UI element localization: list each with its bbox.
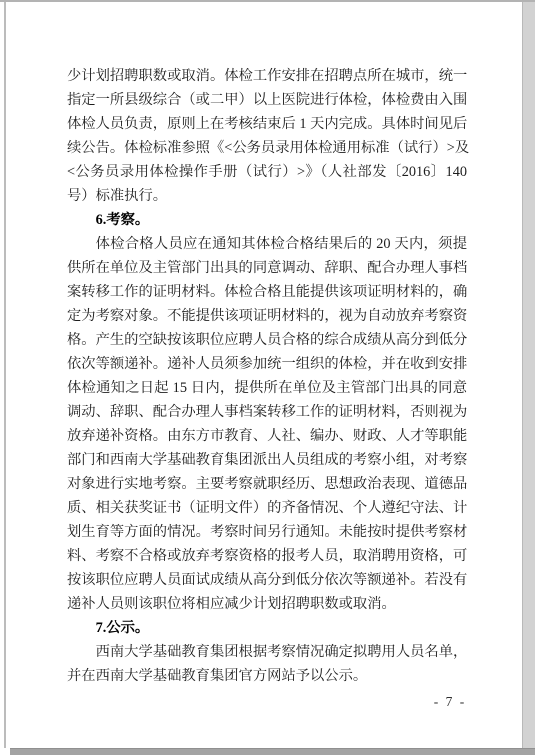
text-line: 续公告。体检标准参照《<公务员录用体检通用标准（试行）>及 <box>67 136 467 160</box>
text-line: 供所在单位及主管部门出具的同意调动、辞职、配合办理人事档 <box>67 256 467 280</box>
text-line: 并在西南大学基础教育集团官方网站予以公示。 <box>67 664 467 688</box>
text-line: 料、考察不合格或放弃考察资格的报考人员，取消聘用资格，可 <box>67 544 467 568</box>
text-line: 部门和西南大学基础教育集团派出人员组成的考察小组，对考察 <box>67 448 467 472</box>
scan-edge-right <box>522 0 535 755</box>
scan-edge-left <box>4 2 6 748</box>
text-line: 体检人员负责，原则上在考核结束后 1 天内完成。具体时间见后 <box>67 112 467 136</box>
text-line: 依次等额递补。递补人员须参加统一组织的体检，并在收到安排 <box>67 352 467 376</box>
scan-edge-bottom <box>10 748 535 755</box>
text-line: 案转移工作的证明材料。体检合格且能提供该项证明材料的，确 <box>67 280 467 304</box>
text-line: 格。产生的空缺按该职位应聘人员合格的综合成绩从高分到低分 <box>67 328 467 352</box>
text-line: 质、相关获奖证书（证明文件）的齐备情况、个人遵纪守法、计 <box>67 496 467 520</box>
text-line: 体检合格人员应在通知其体检合格结果后的 20 天内，须提 <box>67 232 467 256</box>
text-line: 放弃递补资格。由东方市教育、人社、编办、财政、人才等职能 <box>67 424 467 448</box>
body-text: 少计划招聘职数或取消。体检工作安排在招聘点所在城市，统一指定一所县级综合（或二甲… <box>67 64 467 688</box>
text-line: 定为考察对象。不能提供该项证明材料的，视为自动放弃考察资 <box>67 304 467 328</box>
text-line: 体检通知之日起 15 日内，提供所在单位及主管部门出具的同意 <box>67 376 467 400</box>
text-line: 指定一所县级综合（或二甲）以上医院进行体检，体检费由入围 <box>67 88 467 112</box>
text-line: 递补人员则该职位将相应减少计划招聘职数或取消。 <box>67 592 467 616</box>
text-line: 西南大学基础教育集团根据考察情况确定拟聘用人员名单， <box>67 640 467 664</box>
text-line: <公务员录用体检操作手册（试行）>》（人社部发〔2016〕140 <box>67 160 467 184</box>
section-heading: 7.公示。 <box>67 616 467 640</box>
page-number: - 7 - <box>430 694 470 710</box>
text-line: 划生育等方面的情况。考察时间另行通知。未能按时提供考察材 <box>67 520 467 544</box>
text-line: 少计划招聘职数或取消。体检工作安排在招聘点所在城市，统一 <box>67 64 467 88</box>
section-heading: 6.考察。 <box>67 208 467 232</box>
scan-edge-top <box>0 0 535 2</box>
text-line: 号）标准执行。 <box>67 184 467 208</box>
text-line: 调动、辞职、配合办理人事档案转移工作的证明材料，否则视为 <box>67 400 467 424</box>
document-page: 少计划招聘职数或取消。体检工作安排在招聘点所在城市，统一指定一所县级综合（或二甲… <box>0 0 535 755</box>
text-line: 按该职位应聘人员面试成绩从高分到低分依次等额递补。若没有 <box>67 568 467 592</box>
text-line: 对象进行实地考察。主要考察就职经历、思想政治表现、道德品 <box>67 472 467 496</box>
